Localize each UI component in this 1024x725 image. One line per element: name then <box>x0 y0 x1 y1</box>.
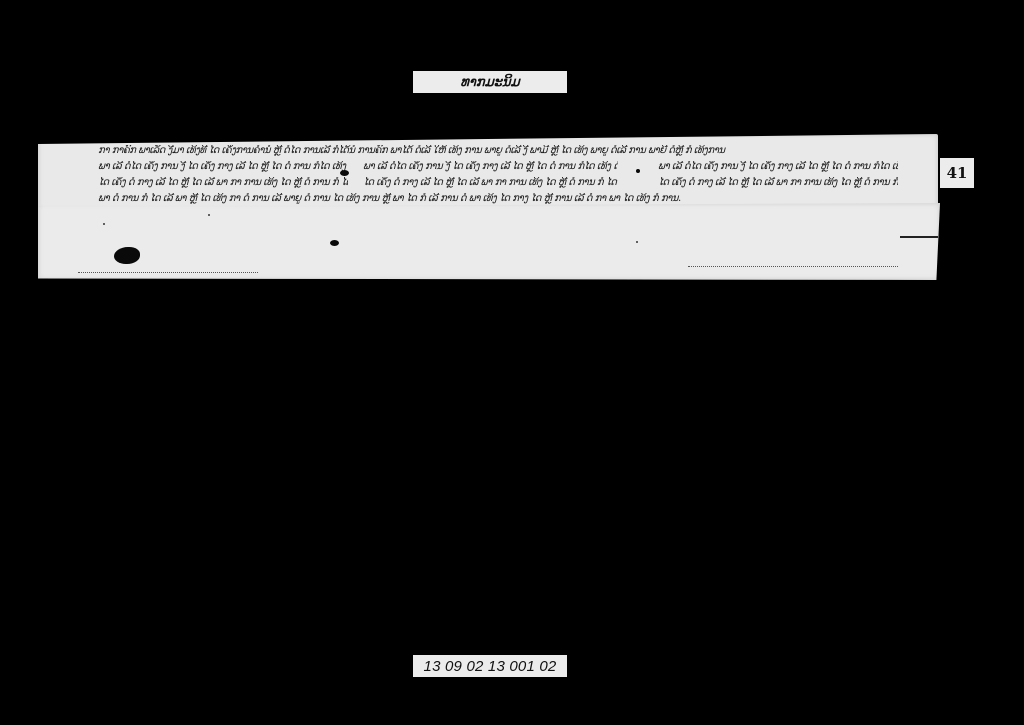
binding-hole <box>636 169 640 173</box>
speck <box>208 214 210 216</box>
catalog-code-label: 13 09 02 13 001 02 <box>413 655 567 677</box>
script-line-3a: ໄດ ເຄິ່ງ ດໍ ກາງ ເລີ ໄດ ຫຼີ ໄດ ເລີ ພາ ກາ … <box>98 177 348 188</box>
manuscript-title-label: ທາກມະນິມ <box>413 71 567 93</box>
script-line-2a: ພາ ເລີ ດໍໄດ ເຄິ່ງ ການ ງີ ໄດ ເຄິ່ງ ກາງ ເລ… <box>98 161 348 172</box>
binding-hole <box>114 247 140 264</box>
edge-mark <box>900 236 938 238</box>
script-line-2c: ພາ ເລີ ດໍໄດ ເຄິ່ງ ການ ງີ ໄດ ເຄິ່ງ ກາງ ເລ… <box>658 161 898 172</box>
script-line-3b: ໄດ ເຄິ່ງ ດໍ ກາງ ເລີ ໄດ ຫຼີ ໄດ ເລີ ພາ ກາ … <box>363 177 618 188</box>
speck <box>636 241 638 243</box>
speck <box>103 223 105 225</box>
script-line-2b: ພາ ເລີ ດໍໄດ ເຄິ່ງ ການ ງີ ໄດ ເຄິ່ງ ກາງ ເລ… <box>363 161 618 172</box>
script-line-3c: ໄດ ເຄິ່ງ ດໍ ກາງ ເລີ ໄດ ຫຼີ ໄດ ເລີ ພາ ກາ … <box>658 177 898 188</box>
script-line-4: ພາ ດໍ ການ ກໍ ໄດ ເລີ ພາ ຫຼີ ໄດ ເທິງ ກາ ດໍ… <box>98 193 928 204</box>
binding-hole <box>330 240 339 246</box>
dotted-trace <box>688 266 898 268</box>
binding-hole <box>340 170 349 176</box>
palm-leaf-bottom <box>38 203 940 280</box>
dotted-trace <box>78 272 258 274</box>
page-number-label: 41 <box>940 158 974 188</box>
palm-leaf-top: ກາ ກາຄົກ ພາເລັດ ງີມາ ເທິງທີ ໄດ ເຄິ່ງການຄ… <box>38 134 938 211</box>
script-line-1: ກາ ກາຄົກ ພາເລັດ ງີມາ ເທິງທີ ໄດ ເຄິ່ງການຄ… <box>98 145 928 156</box>
